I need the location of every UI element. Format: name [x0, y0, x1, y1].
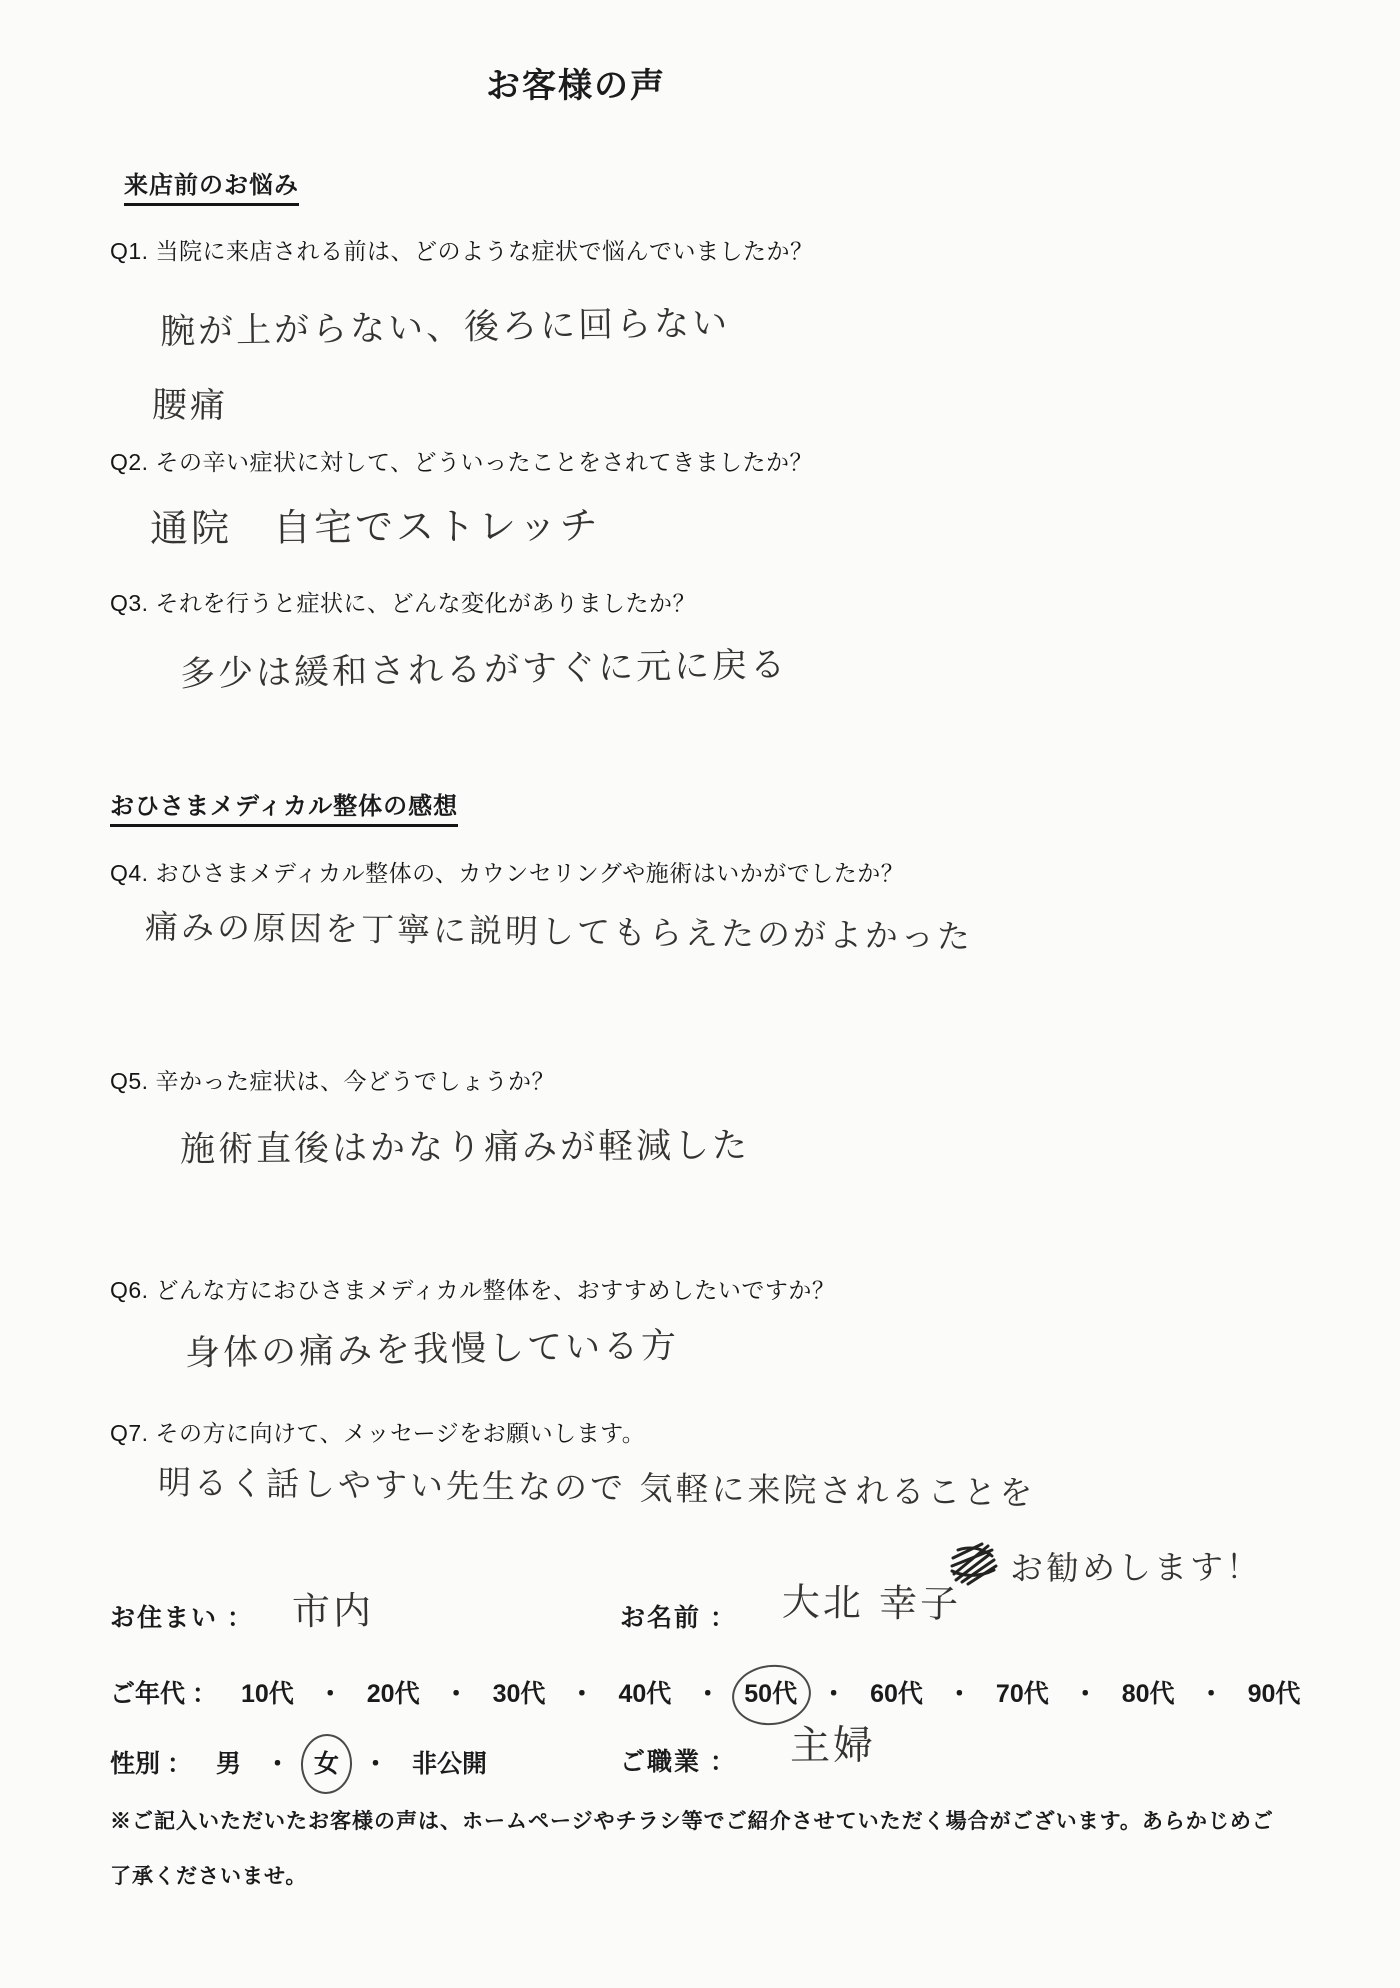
- question-q6: Q6. どんな方におひさまメディカル整体を、おすすめしたいですか？: [110, 1272, 835, 1305]
- age-option-10s: 10代: [237, 1672, 298, 1712]
- gender-row: 性別 ： 男 ・ 女 ・ 非公開: [110, 1742, 491, 1782]
- answer-q7-line2: お勧めします！: [1010, 1541, 1262, 1590]
- separator-dot: ・: [821, 1674, 846, 1710]
- name-label: お名前 ：: [620, 1598, 737, 1634]
- question-q7: Q7. その方に向けて、メッセージをお願いします。: [110, 1415, 645, 1448]
- residence-label: お住まい ：: [110, 1598, 254, 1634]
- answer-q2: 通院 自宅でストレッチ: [150, 494, 601, 552]
- occupation-value: 主婦: [790, 1714, 876, 1772]
- separator-dot: ・: [1073, 1674, 1098, 1710]
- separator-dot: ・: [1199, 1674, 1224, 1710]
- age-option-30s: 30代: [489, 1672, 550, 1712]
- age-option-40s: 40代: [614, 1672, 675, 1712]
- age-option-80s: 80代: [1118, 1672, 1179, 1712]
- residence-value: 市内: [292, 1579, 375, 1635]
- separator-dot: ・: [695, 1674, 720, 1710]
- age-option-50s-selected: 50代: [740, 1672, 801, 1712]
- separator-dot: ・: [363, 1744, 388, 1780]
- questionnaire-scan: お客様の声 来店前のお悩み Q1. 当院に来店される前は、どのような症状で悩んで…: [0, 0, 1400, 1988]
- footer-disclaimer-line1: ※ご記入いただいたお客様の声は、ホームページやチラシ等でご紹介させていただく場合…: [110, 1805, 1274, 1835]
- age-option-20s: 20代: [363, 1672, 424, 1712]
- answer-q7-line2-row: お勧めします！: [948, 1540, 1262, 1591]
- section-heading-impressions: おひさまメディカル整体の感想: [110, 786, 458, 827]
- question-q4: Q4. おひさまメディカル整体の、カウンセリングや施術はいかがでしたか？: [110, 855, 904, 888]
- answer-q1-line2: 腰痛: [152, 378, 229, 429]
- age-option-60s: 60代: [866, 1672, 927, 1712]
- age-label: ご年代 ：: [110, 1674, 217, 1710]
- gender-option-female-selected: 女: [310, 1742, 343, 1782]
- occupation-label: ご職業 ：: [620, 1742, 737, 1778]
- answer-q4: 痛みの原因を丁寧に説明してもらえたのがよかった: [145, 901, 974, 958]
- separator-dot: ・: [318, 1674, 343, 1710]
- answer-q5: 施術直後はかなり痛みが軽減した: [180, 1118, 750, 1172]
- age-row: ご年代 ： 10代 ・ 20代 ・ 30代 ・ 40代 ・ 50代 ・ 60代 …: [110, 1672, 1304, 1712]
- separator-dot: ・: [947, 1674, 972, 1710]
- question-q3: Q3. それを行うと症状に、どんな変化がありましたか？: [110, 585, 696, 618]
- question-q2: Q2. その辛い症状に対して、どういったことをされてきましたか？: [110, 444, 813, 477]
- age-option-70s: 70代: [992, 1672, 1053, 1712]
- answer-q1-line1: 腕が上がらない、後ろに回らない: [160, 296, 731, 355]
- separator-dot: ・: [444, 1674, 469, 1710]
- question-q5: Q5. 辛かった症状は、今どうでしょうか？: [110, 1063, 555, 1096]
- question-q1: Q1. 当院に来店される前は、どのような症状で悩んでいましたか？: [110, 233, 813, 266]
- separator-dot: ・: [569, 1674, 594, 1710]
- answer-q3: 多少は緩和されるがすぐに元に戻る: [180, 637, 789, 697]
- answer-q6: 身体の痛みを我慢している方: [185, 1318, 680, 1376]
- gender-option-private: 非公開: [408, 1742, 491, 1782]
- separator-dot: ・: [265, 1744, 290, 1780]
- gender-label: 性別 ：: [110, 1744, 192, 1780]
- name-value: 大北 幸子: [782, 1571, 962, 1628]
- age-option-90s: 90代: [1244, 1672, 1305, 1712]
- page-title: お客様の声: [486, 58, 666, 107]
- answer-q7-line1: 明るく話しやすい先生なので 気軽に来院されることを: [158, 1457, 1036, 1515]
- gender-option-male: 男: [212, 1742, 245, 1782]
- section-heading-before-visit: 来店前のお悩み: [124, 165, 299, 206]
- footer-disclaimer-line2: 了承くださいませ。: [110, 1860, 307, 1890]
